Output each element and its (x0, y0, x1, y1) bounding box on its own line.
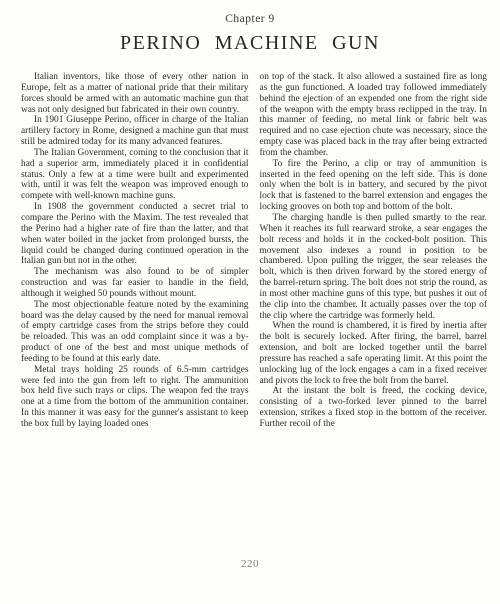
paragraph: Metal trays holding 25 rounds of 6.5-mm … (21, 365, 249, 430)
page-number: 220 (241, 558, 259, 570)
paragraph: on top of the stack. It also allowed a s… (260, 72, 488, 159)
paragraph: When the round is chambered, it is fired… (260, 321, 488, 386)
paragraph: In 1901 Giuseppe Perino, officer in char… (21, 115, 249, 148)
page-footer: 220 (0, 554, 500, 572)
paragraph: To fire the Perino, a clip or tray of am… (260, 159, 488, 213)
page-header: Chapter 9 PERINO MACHINE GUN (0, 0, 500, 55)
book-page: Chapter 9 PERINO MACHINE GUN Italian inv… (0, 0, 500, 604)
paragraph: The charging handle is then pulled smart… (260, 213, 488, 321)
right-column: on top of the stack. It also allowed a s… (260, 72, 488, 430)
paragraph: Italian inventors, like those of every o… (21, 72, 249, 115)
left-column: Italian inventors, like those of every o… (21, 72, 249, 430)
paragraph: The Italian Government, coming to the co… (21, 148, 249, 202)
paragraph: In 1908 the government conducted a secre… (21, 202, 249, 267)
chapter-label: Chapter 9 (0, 13, 500, 25)
paragraph: At the instant the bolt is freed, the co… (260, 386, 488, 429)
page-title: PERINO MACHINE GUN (0, 32, 500, 55)
paragraph: The most objectionable feature noted by … (21, 300, 249, 365)
paragraph: The mechanism was also found to be of si… (21, 267, 249, 300)
text-columns: Italian inventors, like those of every o… (0, 72, 500, 430)
